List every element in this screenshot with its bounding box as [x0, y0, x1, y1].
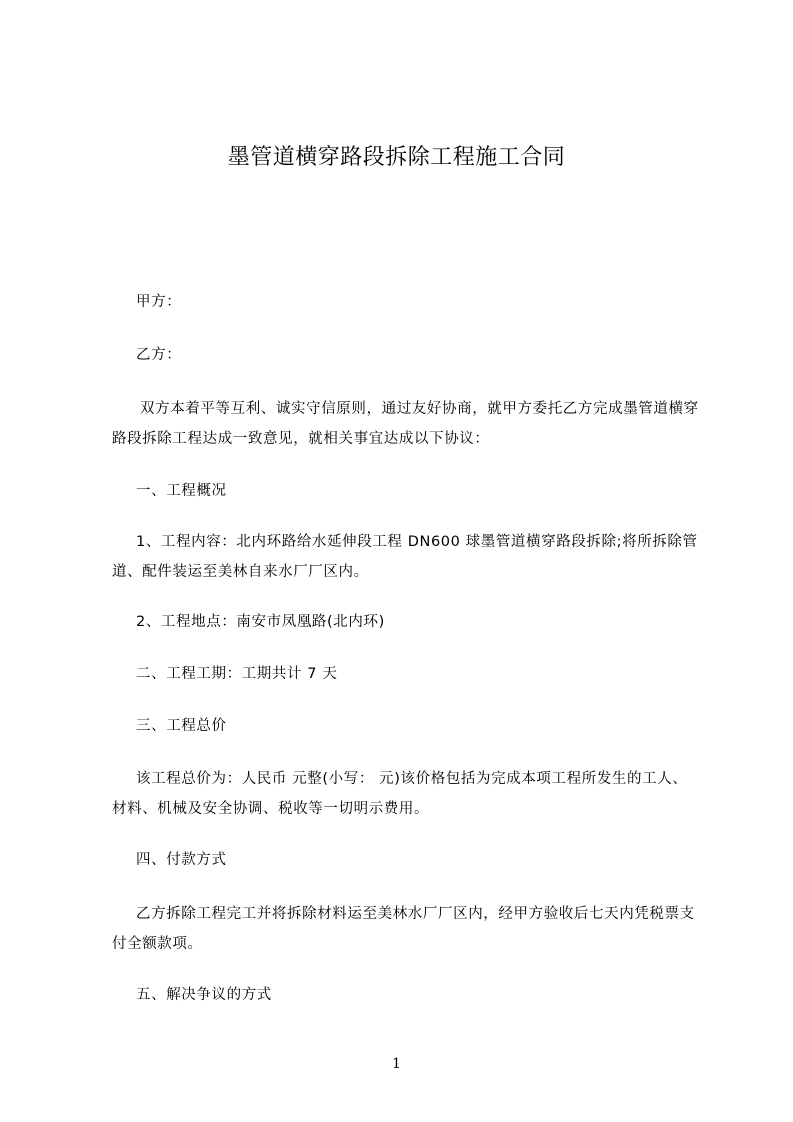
page-number: 1 — [0, 1056, 793, 1072]
section-item: 1、工程内容：北内环路给水延伸段工程 DN600 球墨管道横穿路段拆除;将所拆除… — [112, 527, 702, 587]
section-heading: 四、付款方式 — [136, 845, 726, 875]
section-item: 乙方拆除工程完工并将拆除材料运至美林水厂厂区内，经甲方验收后七天内凭税票支付全额… — [112, 899, 702, 959]
preamble-paragraph: 双方本着平等互利、诚实守信原则，通过友好协商，就甲方委托乙方完成墨管道横穿路段拆… — [112, 394, 702, 454]
document-title: 墨管道横穿路段拆除工程施工合同 — [0, 140, 793, 171]
section-heading: 五、解决争议的方式 — [136, 980, 726, 1010]
section-item: 该工程总价为：人民币 元整(小写： 元)该价格包括为完成本项工程所发生的工人、材… — [112, 764, 702, 824]
section-heading: 二、工程工期：工期共计 7 天 — [136, 659, 726, 689]
section-heading: 三、工程总价 — [136, 711, 726, 741]
party-a-label: 甲方： — [136, 287, 726, 317]
section-heading: 一、工程概况 — [136, 476, 726, 506]
party-b-label: 乙方： — [136, 340, 726, 370]
section-item: 2、工程地点：南安市凤凰路(北内环) — [136, 607, 726, 637]
